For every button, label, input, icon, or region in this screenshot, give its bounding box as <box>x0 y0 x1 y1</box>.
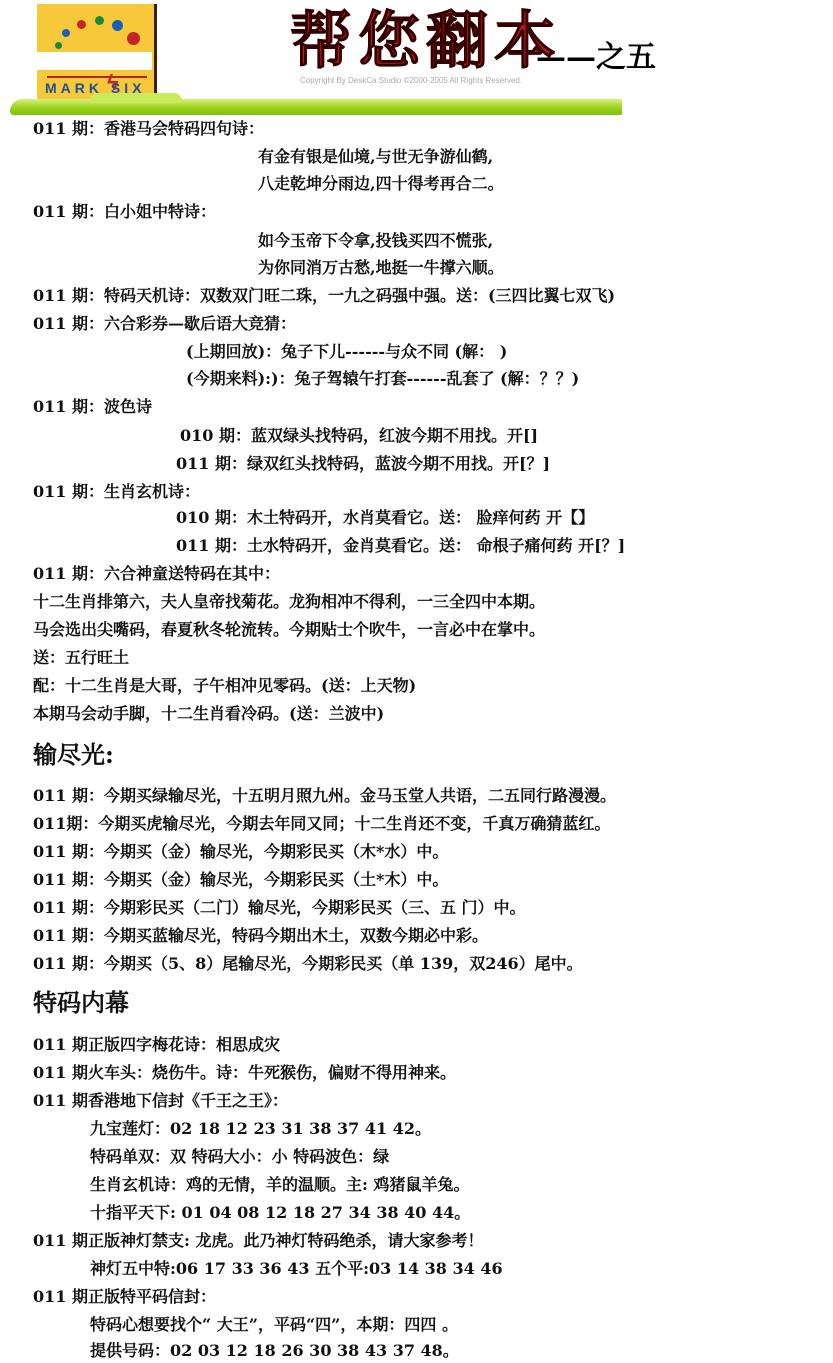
text-line: 011 期：今期买（金）输尽光，今期彩民买（土*木）中。 <box>33 869 448 891</box>
text-line: (今期来料):)：兔子驾辕午打套------乱套了 (解：？？) <box>186 368 579 390</box>
text-line: 011 期：今期买（金）输尽光，今期彩民买（木*水）中。 <box>33 841 448 863</box>
text-line: 010 期：木土特码开，水肖莫看它。送： 脸痒何药 开【】 <box>176 507 594 529</box>
header-divider-bar <box>10 99 622 115</box>
text-line: 为你同消万古愁,地挺一牛撑六顺。 <box>258 257 504 279</box>
bar-decoration <box>90 93 182 103</box>
text-line: 011 期：今期彩民买（二门）输尽光，今期彩民买（三、五 门）中。 <box>33 897 526 919</box>
text-line: 011 期香港地下信封《千王之王》： <box>33 1090 288 1112</box>
logo-dot-icon <box>55 42 62 49</box>
logo-dot-icon <box>62 29 70 37</box>
logo-dot-icon <box>127 32 140 45</box>
text-line: 神灯五中特:06 17 33 36 43 五个平:03 14 38 34 46 <box>90 1258 503 1280</box>
logo-underline <box>47 76 147 78</box>
page-header: ϟ MARK SIX 帮您翻本 ——之五 Copyright By DeskCa… <box>0 0 833 118</box>
text-line: 011 期火车头：烧伤牛。诗：牛死猴伤，偏财不得用神来。 <box>33 1062 456 1084</box>
text-line: 提供号码：02 03 12 18 26 30 38 43 37 48。 <box>90 1340 459 1362</box>
text-line: 送：五行旺土 <box>33 647 129 669</box>
text-line: 011 期：六合彩券—歇后语大竞猜： <box>33 313 296 335</box>
text-line: 011 期：香港马会特码四句诗： <box>33 118 264 140</box>
text-line: 有金有银是仙境,与世无争游仙鹤, <box>258 146 493 168</box>
text-line: 九宝莲灯：02 18 12 23 31 38 37 41 42。 <box>90 1118 431 1140</box>
text-line: 011 期：今期买蓝输尽光，特码今期出木土，双数今期必中彩。 <box>33 925 488 947</box>
text-line: 特码心想要找个“ 大王”，平码“四”，本期：四四 。 <box>90 1314 458 1336</box>
text-line: 配：十二生肖是大哥，子午相冲见零码。(送：上天物) <box>33 675 416 697</box>
text-line: 011 期：土水特码开，金肖莫看它。送： 命根子痛何药 开[？] <box>176 535 625 557</box>
text-line: 011 期正版特平码信封： <box>33 1286 216 1308</box>
text-line: 010 期：蓝双绿头找特码，红波今期不用找。开[] <box>180 425 538 447</box>
text-line: 011 期：特码天机诗：双数双门旺二珠，一九之码强中强。送：(三四比翼七双飞) <box>33 285 615 307</box>
section-heading-inside-info: 特码内幕 <box>33 988 129 1018</box>
text-line: 十二生肖排第六，夫人皇帝找菊花。龙狗相冲不得利，一三全四中本期。 <box>33 591 545 613</box>
text-line: 011 期：今期买（5、8）尾输尽光，今期彩民买（单 139，双246）尾中。 <box>33 953 583 975</box>
logo-mask <box>37 52 152 70</box>
section-heading-lose-all: 输尽光: <box>33 740 114 770</box>
text-line: (上期回放)：兔子下儿------与众不同 (解： ) <box>186 341 507 363</box>
text-line: 八走乾坤分雨边,四十得考再合二。 <box>258 173 504 195</box>
page-subtitle: ——之五 <box>536 38 656 78</box>
text-line: 马会选出尖嘴码，春夏秋冬轮流转。今期贴士个吹牛，一言必中在掌中。 <box>33 619 545 641</box>
text-line: 本期马会动手脚，十二生肖看冷码。(送：兰波中) <box>33 703 384 725</box>
logo-dot-icon <box>95 16 104 25</box>
text-line: 如今玉帝下令拿,投钱买四不慌张, <box>258 230 493 252</box>
logo-dot-icon <box>77 20 86 29</box>
text-line: 011 期：六合神童送特码在其中： <box>33 563 280 585</box>
text-line: 011 期：波色诗 <box>33 396 152 418</box>
text-line: 011 期：白小姐中特诗： <box>33 201 216 223</box>
text-line: 011 期：生肖玄机诗： <box>33 481 200 503</box>
mark-six-logo: ϟ MARK SIX <box>37 4 157 99</box>
text-line: 011 期：绿双红头找特码，蓝波今期不用找。开[？] <box>176 453 550 475</box>
text-line: 011期：今期买虎输尽光，今期去年同又同；十二生肖还不变，千真万确猜蓝红。 <box>33 813 610 835</box>
text-line: 011 期：今期买绿输尽光，十五明月照九州。金马玉堂人共语，二五同行路漫漫。 <box>33 785 616 807</box>
logo-dot-icon <box>112 20 123 31</box>
page-title: 帮您翻本 <box>290 6 562 76</box>
text-line: 生肖玄机诗：鸡的无情，羊的温顺。主: 鸡猪鼠羊兔。 <box>90 1174 469 1196</box>
text-line: 特码单双：双 特码大小：小 特码波色：绿 <box>90 1146 389 1168</box>
text-line: 011 期正版神灯禁支: 龙虎。此乃神灯特码绝杀，请大家参考！ <box>33 1230 483 1252</box>
text-line: 011 期正版四字梅花诗：相思成灾 <box>33 1034 280 1056</box>
text-line: 十指平天下: 01 04 08 12 18 27 34 38 40 44。 <box>90 1202 470 1224</box>
copyright-text: Copyright By DeskCa Studio ©2000-2005 Al… <box>300 76 522 86</box>
